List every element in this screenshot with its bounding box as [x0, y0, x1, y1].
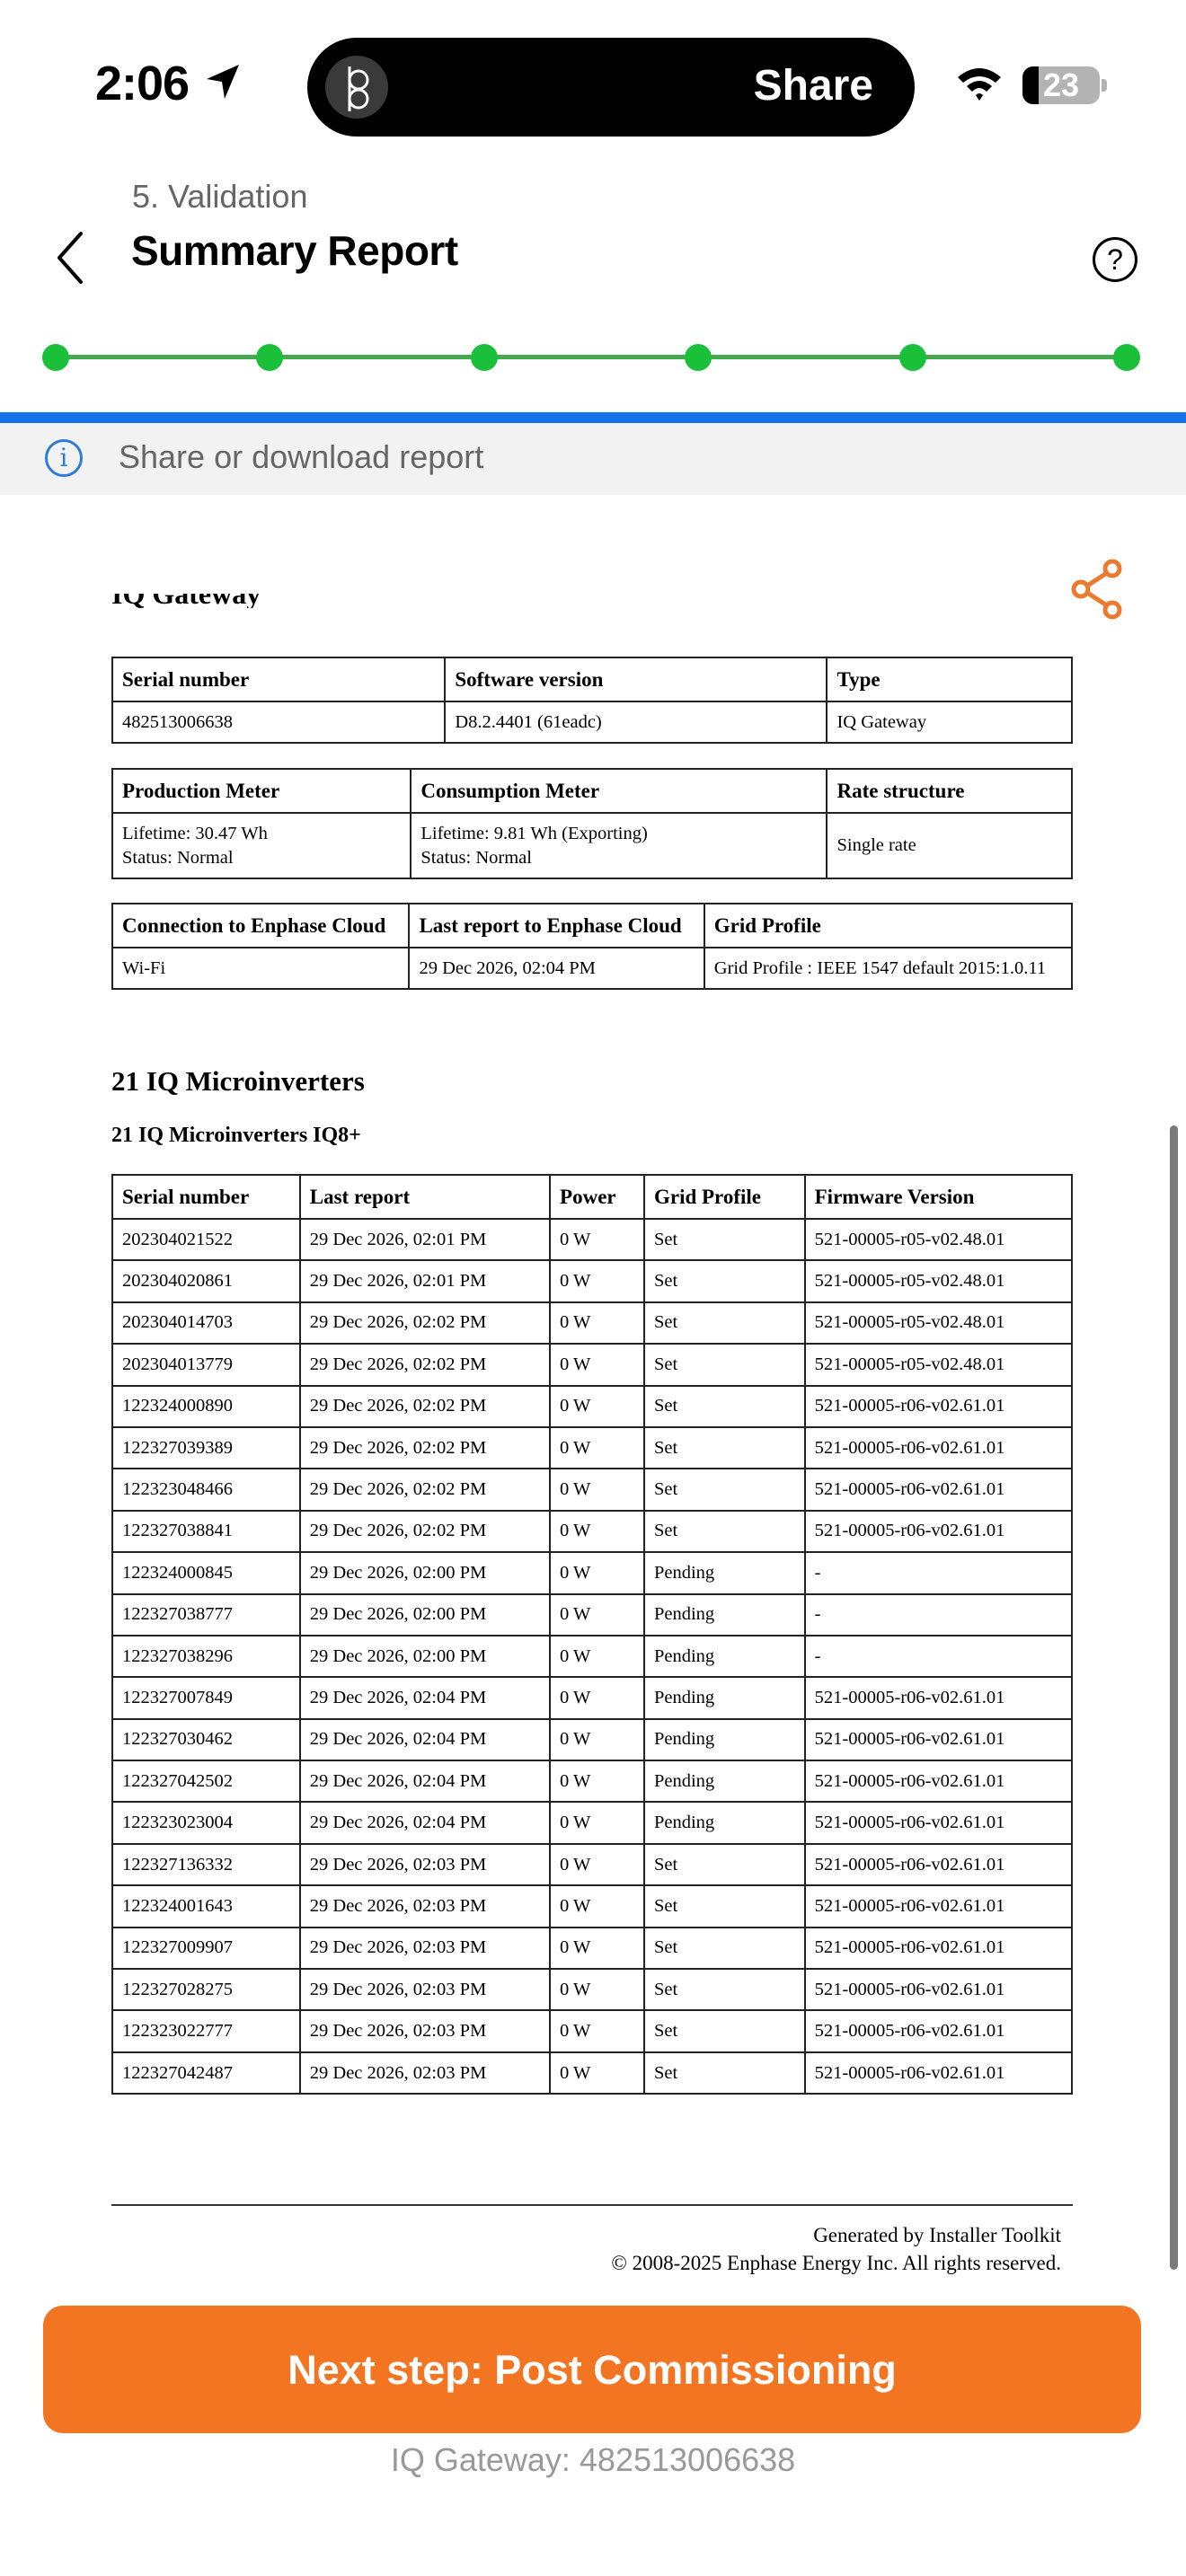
- table-row: 12232704248729 Dec 2026, 02:03 PM0 WSet5…: [112, 2052, 1072, 2094]
- mi-firmware: -: [805, 1594, 1072, 1636]
- mi-power: 0 W: [550, 1511, 644, 1552]
- table-header: Power: [550, 1175, 644, 1219]
- gateway-type: IQ Gateway: [827, 701, 1072, 743]
- table-row: 12232702827529 Dec 2026, 02:03 PM0 WSet5…: [112, 1969, 1072, 2010]
- mi-grid-profile: Set: [644, 2052, 805, 2094]
- table-header: Consumption Meter: [411, 769, 827, 813]
- table-header: Production Meter: [112, 769, 411, 813]
- mi-firmware: 521-00005-r05-v02.48.01: [805, 1344, 1072, 1385]
- mi-serial: 122327038777: [112, 1594, 300, 1636]
- scrollbar[interactable]: [1170, 1125, 1178, 2270]
- dynamic-island[interactable]: Share: [307, 38, 915, 137]
- mi-firmware: 521-00005-r06-v02.61.01: [805, 2010, 1072, 2051]
- mi-power: 0 W: [550, 1719, 644, 1760]
- mi-power: 0 W: [550, 1386, 644, 1427]
- mi-power: 0 W: [550, 1636, 644, 1677]
- microinverters-heading: 21 IQ Microinverters: [111, 1065, 365, 1098]
- mi-grid-profile: Set: [644, 1344, 805, 1385]
- mi-grid-profile: Set: [644, 2010, 805, 2051]
- mi-power: 0 W: [550, 1760, 644, 1802]
- mi-firmware: 521-00005-r06-v02.61.01: [805, 1760, 1072, 1802]
- cloud-last-report: 29 Dec 2026, 02:04 PM: [409, 948, 704, 989]
- mi-grid-profile: Pending: [644, 1802, 805, 1843]
- rate-structure: Single rate: [827, 813, 1072, 878]
- table-row: 20230402152229 Dec 2026, 02:01 PM0 WSet5…: [112, 1219, 1072, 1260]
- mi-serial: 122327042487: [112, 2052, 300, 2094]
- back-button[interactable]: [50, 226, 90, 289]
- table-row: 20230401377929 Dec 2026, 02:02 PM0 WSet5…: [112, 1344, 1072, 1385]
- report-view[interactable]: IQ Gateway Serial number Software versio…: [0, 495, 1168, 2291]
- battery-cap: [1102, 79, 1107, 92]
- page-title: Summary Report: [131, 226, 458, 275]
- mi-grid-profile: Set: [644, 1219, 805, 1260]
- mi-power: 0 W: [550, 1260, 644, 1301]
- mi-serial: 122323023004: [112, 1802, 300, 1843]
- mi-last-report: 29 Dec 2026, 02:03 PM: [300, 1885, 550, 1927]
- share-icon[interactable]: [1066, 557, 1128, 622]
- footer-divider: [111, 2204, 1073, 2206]
- table-header: Last report: [300, 1175, 550, 1219]
- table-row: Lifetime: 30.47 Wh Status: Normal Lifeti…: [112, 813, 1072, 878]
- mi-grid-profile: Pending: [644, 1677, 805, 1718]
- mi-grid-profile: Set: [644, 1260, 805, 1301]
- mi-last-report: 29 Dec 2026, 02:00 PM: [300, 1636, 550, 1677]
- mi-last-report: 29 Dec 2026, 02:03 PM: [300, 1928, 550, 1969]
- info-icon: i: [45, 439, 83, 477]
- mi-last-report: 29 Dec 2026, 02:03 PM: [300, 2052, 550, 2094]
- battery-indicator: 23: [1022, 66, 1100, 104]
- cloud-table: Connection to Enphase Cloud Last report …: [111, 903, 1073, 990]
- mi-power: 0 W: [550, 1427, 644, 1469]
- mi-power: 0 W: [550, 1302, 644, 1344]
- mi-grid-profile: Set: [644, 1511, 805, 1552]
- battery-level: 23: [1022, 66, 1100, 104]
- mi-serial: 122324000890: [112, 1386, 300, 1427]
- mi-serial: 122323048466: [112, 1469, 300, 1510]
- mi-serial: 122327136332: [112, 1844, 300, 1885]
- table-row: 12232703938929 Dec 2026, 02:02 PM0 WSet5…: [112, 1427, 1072, 1469]
- status-time: 2:06: [95, 56, 189, 111]
- accent-bar: [0, 412, 1186, 423]
- production-meter-cell: Lifetime: 30.47 Wh Status: Normal: [112, 813, 411, 878]
- mi-firmware: 521-00005-r06-v02.61.01: [805, 1928, 1072, 1969]
- mi-last-report: 29 Dec 2026, 02:01 PM: [300, 1219, 550, 1260]
- table-row: 12232703046229 Dec 2026, 02:04 PM0 WPend…: [112, 1719, 1072, 1760]
- table-header: Last report to Enphase Cloud: [409, 904, 704, 948]
- mi-grid-profile: Pending: [644, 1760, 805, 1802]
- table-row: 12232400164329 Dec 2026, 02:03 PM0 WSet5…: [112, 1885, 1072, 1927]
- mi-serial: 122327007849: [112, 1677, 300, 1718]
- mi-serial: 122327038296: [112, 1636, 300, 1677]
- mi-last-report: 29 Dec 2026, 02:03 PM: [300, 2010, 550, 2051]
- table-header: Grid Profile: [704, 904, 1072, 948]
- mi-firmware: 521-00005-r06-v02.61.01: [805, 2052, 1072, 2094]
- mi-firmware: 521-00005-r06-v02.61.01: [805, 1719, 1072, 1760]
- mi-firmware: 521-00005-r06-v02.61.01: [805, 1969, 1072, 2010]
- step-label: 5. Validation: [132, 178, 307, 216]
- mi-power: 0 W: [550, 1552, 644, 1593]
- island-share-label[interactable]: Share: [754, 61, 873, 110]
- gateway-software-version: D8.2.4401 (61eadc): [445, 701, 827, 743]
- mi-serial: 202304014703: [112, 1302, 300, 1344]
- section-heading-clipped: IQ Gateway: [111, 594, 261, 608]
- mi-last-report: 29 Dec 2026, 02:03 PM: [300, 1844, 550, 1885]
- table-row: 12232302300429 Dec 2026, 02:04 PM0 WPend…: [112, 1802, 1072, 1843]
- mi-grid-profile: Set: [644, 1386, 805, 1427]
- mi-last-report: 29 Dec 2026, 02:04 PM: [300, 1802, 550, 1843]
- table-row: 482513006638 D8.2.4401 (61eadc) IQ Gatew…: [112, 701, 1072, 743]
- progress-step-2: [256, 344, 283, 371]
- microinverters-table: Serial number Last report Power Grid Pro…: [111, 1174, 1073, 2095]
- mi-firmware: -: [805, 1552, 1072, 1593]
- question-circle-icon: ?: [1107, 243, 1123, 276]
- progress-step-5: [899, 344, 926, 371]
- mi-firmware: 521-00005-r06-v02.61.01: [805, 1469, 1072, 1510]
- mi-power: 0 W: [550, 1969, 644, 2010]
- cloud-connection: Wi-Fi: [112, 948, 409, 989]
- mi-firmware: 521-00005-r05-v02.48.01: [805, 1302, 1072, 1344]
- gateway-serial: 482513006638: [112, 701, 445, 743]
- table-row: 12232400084529 Dec 2026, 02:00 PM0 WPend…: [112, 1552, 1072, 1593]
- mi-grid-profile: Set: [644, 1427, 805, 1469]
- table-header: Serial number: [112, 657, 445, 701]
- mi-firmware: 521-00005-r06-v02.61.01: [805, 1677, 1072, 1718]
- mi-last-report: 29 Dec 2026, 02:04 PM: [300, 1719, 550, 1760]
- consumption-meter-cell: Lifetime: 9.81 Wh (Exporting) Status: No…: [411, 813, 827, 878]
- mi-grid-profile: Set: [644, 1844, 805, 1885]
- app-logo-icon: [325, 56, 388, 119]
- mi-last-report: 29 Dec 2026, 02:02 PM: [300, 1511, 550, 1552]
- mi-last-report: 29 Dec 2026, 02:02 PM: [300, 1469, 550, 1510]
- table-header: Rate structure: [827, 769, 1072, 813]
- progress-step-3: [471, 344, 498, 371]
- next-step-button[interactable]: Next step: Post Commissioning: [43, 2306, 1141, 2433]
- mi-grid-profile: Set: [644, 1969, 805, 2010]
- mi-serial: 122324001643: [112, 1885, 300, 1927]
- production-lifetime: Lifetime: 30.47 Wh: [122, 822, 401, 846]
- table-row: 12232703877729 Dec 2026, 02:00 PM0 WPend…: [112, 1594, 1072, 1636]
- mi-grid-profile: Set: [644, 1302, 805, 1344]
- mi-serial: 122324000845: [112, 1552, 300, 1593]
- location-arrow-icon: [205, 63, 241, 102]
- progress-step-6: [1113, 344, 1140, 371]
- table-row: 12232302277729 Dec 2026, 02:03 PM0 WSet5…: [112, 2010, 1072, 2051]
- table-header: Firmware Version: [805, 1175, 1072, 1219]
- progress-step-4: [685, 344, 712, 371]
- mi-power: 0 W: [550, 1885, 644, 1927]
- table-header: Serial number: [112, 1175, 300, 1219]
- mi-last-report: 29 Dec 2026, 02:03 PM: [300, 1969, 550, 2010]
- mi-grid-profile: Pending: [644, 1594, 805, 1636]
- table-row: 12232304846629 Dec 2026, 02:02 PM0 WSet5…: [112, 1469, 1072, 1510]
- mi-serial: 122327038841: [112, 1511, 300, 1552]
- mi-serial: 202304020861: [112, 1260, 300, 1301]
- mi-power: 0 W: [550, 2052, 644, 2094]
- mi-firmware: 521-00005-r06-v02.61.01: [805, 1802, 1072, 1843]
- mi-grid-profile: Pending: [644, 1552, 805, 1593]
- mi-grid-profile: Pending: [644, 1636, 805, 1677]
- mi-grid-profile: Set: [644, 1928, 805, 1969]
- mi-serial: 202304021522: [112, 1219, 300, 1260]
- table-row: 12232713633229 Dec 2026, 02:03 PM0 WSet5…: [112, 1844, 1072, 1885]
- gateway-label: IQ Gateway: 482513006638: [0, 2441, 1186, 2479]
- mi-firmware: 521-00005-r06-v02.61.01: [805, 1386, 1072, 1427]
- table-row: 12232700990729 Dec 2026, 02:03 PM0 WSet5…: [112, 1928, 1072, 1969]
- mi-last-report: 29 Dec 2026, 02:04 PM: [300, 1760, 550, 1802]
- mi-last-report: 29 Dec 2026, 02:04 PM: [300, 1677, 550, 1718]
- mi-grid-profile: Set: [644, 1469, 805, 1510]
- mi-serial: 122327028275: [112, 1969, 300, 2010]
- consumption-lifetime: Lifetime: 9.81 Wh (Exporting): [420, 822, 817, 846]
- mi-firmware: 521-00005-r06-v02.61.01: [805, 1844, 1072, 1885]
- mi-power: 0 W: [550, 1928, 644, 1969]
- table-row: 20230402086129 Dec 2026, 02:01 PM0 WSet5…: [112, 1260, 1072, 1301]
- generated-by: Generated by Installer Toolkit: [611, 2221, 1061, 2249]
- progress-line: [56, 355, 1127, 359]
- table-row: 12232704250229 Dec 2026, 02:04 PM0 WPend…: [112, 1760, 1072, 1802]
- mi-last-report: 29 Dec 2026, 02:01 PM: [300, 1260, 550, 1301]
- table-row: 20230401470329 Dec 2026, 02:02 PM0 WSet5…: [112, 1302, 1072, 1344]
- meter-table: Production Meter Consumption Meter Rate …: [111, 768, 1073, 879]
- mi-power: 0 W: [550, 1677, 644, 1718]
- report-footer: Generated by Installer Toolkit © 2008-20…: [611, 2221, 1061, 2277]
- mi-power: 0 W: [550, 1469, 644, 1510]
- info-banner-text: Share or download report: [119, 438, 483, 476]
- mi-last-report: 29 Dec 2026, 02:02 PM: [300, 1427, 550, 1469]
- mi-grid-profile: Set: [644, 1885, 805, 1927]
- table-header: Software version: [445, 657, 827, 701]
- table-header: Grid Profile: [644, 1175, 805, 1219]
- table-header: Connection to Enphase Cloud: [112, 904, 409, 948]
- table-row: 12232700784929 Dec 2026, 02:04 PM0 WPend…: [112, 1677, 1072, 1718]
- mi-firmware: 521-00005-r06-v02.61.01: [805, 1885, 1072, 1927]
- copyright: © 2008-2025 Enphase Energy Inc. All righ…: [611, 2249, 1061, 2277]
- mi-power: 0 W: [550, 1594, 644, 1636]
- grid-profile: Grid Profile : IEEE 1547 default 2015:1.…: [704, 948, 1072, 989]
- wifi-icon: [956, 65, 1003, 104]
- mi-power: 0 W: [550, 1344, 644, 1385]
- consumption-status: Status: Normal: [420, 846, 817, 870]
- table-row: 12232703884129 Dec 2026, 02:02 PM0 WSet5…: [112, 1511, 1072, 1552]
- mi-serial: 122327042502: [112, 1760, 300, 1802]
- mi-firmware: 521-00005-r05-v02.48.01: [805, 1260, 1072, 1301]
- mi-serial: 122323022777: [112, 2010, 300, 2051]
- microinverters-subheading: 21 IQ Microinverters IQ8+: [111, 1124, 361, 1148]
- mi-last-report: 29 Dec 2026, 02:00 PM: [300, 1594, 550, 1636]
- mi-firmware: -: [805, 1636, 1072, 1677]
- mi-power: 0 W: [550, 2010, 644, 2051]
- mi-serial: 122327039389: [112, 1427, 300, 1469]
- gateway-table: Serial number Software version Type 4825…: [111, 657, 1073, 744]
- table-row: 12232703829629 Dec 2026, 02:00 PM0 WPend…: [112, 1636, 1072, 1677]
- mi-serial: 122327030462: [112, 1719, 300, 1760]
- mi-last-report: 29 Dec 2026, 02:02 PM: [300, 1344, 550, 1385]
- mi-last-report: 29 Dec 2026, 02:02 PM: [300, 1302, 550, 1344]
- progress-step-1: [42, 344, 69, 371]
- mi-serial: 122327009907: [112, 1928, 300, 1969]
- table-row: Wi-Fi 29 Dec 2026, 02:04 PM Grid Profile…: [112, 948, 1072, 989]
- mi-power: 0 W: [550, 1219, 644, 1260]
- production-status: Status: Normal: [122, 846, 401, 870]
- mi-firmware: 521-00005-r06-v02.61.01: [805, 1511, 1072, 1552]
- mi-firmware: 521-00005-r06-v02.61.01: [805, 1427, 1072, 1469]
- help-button[interactable]: ?: [1093, 237, 1137, 282]
- mi-firmware: 521-00005-r05-v02.48.01: [805, 1219, 1072, 1260]
- mi-power: 0 W: [550, 1844, 644, 1885]
- table-row: 12232400089029 Dec 2026, 02:02 PM0 WSet5…: [112, 1386, 1072, 1427]
- mi-serial: 202304013779: [112, 1344, 300, 1385]
- mi-last-report: 29 Dec 2026, 02:00 PM: [300, 1552, 550, 1593]
- mi-last-report: 29 Dec 2026, 02:02 PM: [300, 1386, 550, 1427]
- table-header: Type: [827, 657, 1072, 701]
- mi-grid-profile: Pending: [644, 1719, 805, 1760]
- mi-power: 0 W: [550, 1802, 644, 1843]
